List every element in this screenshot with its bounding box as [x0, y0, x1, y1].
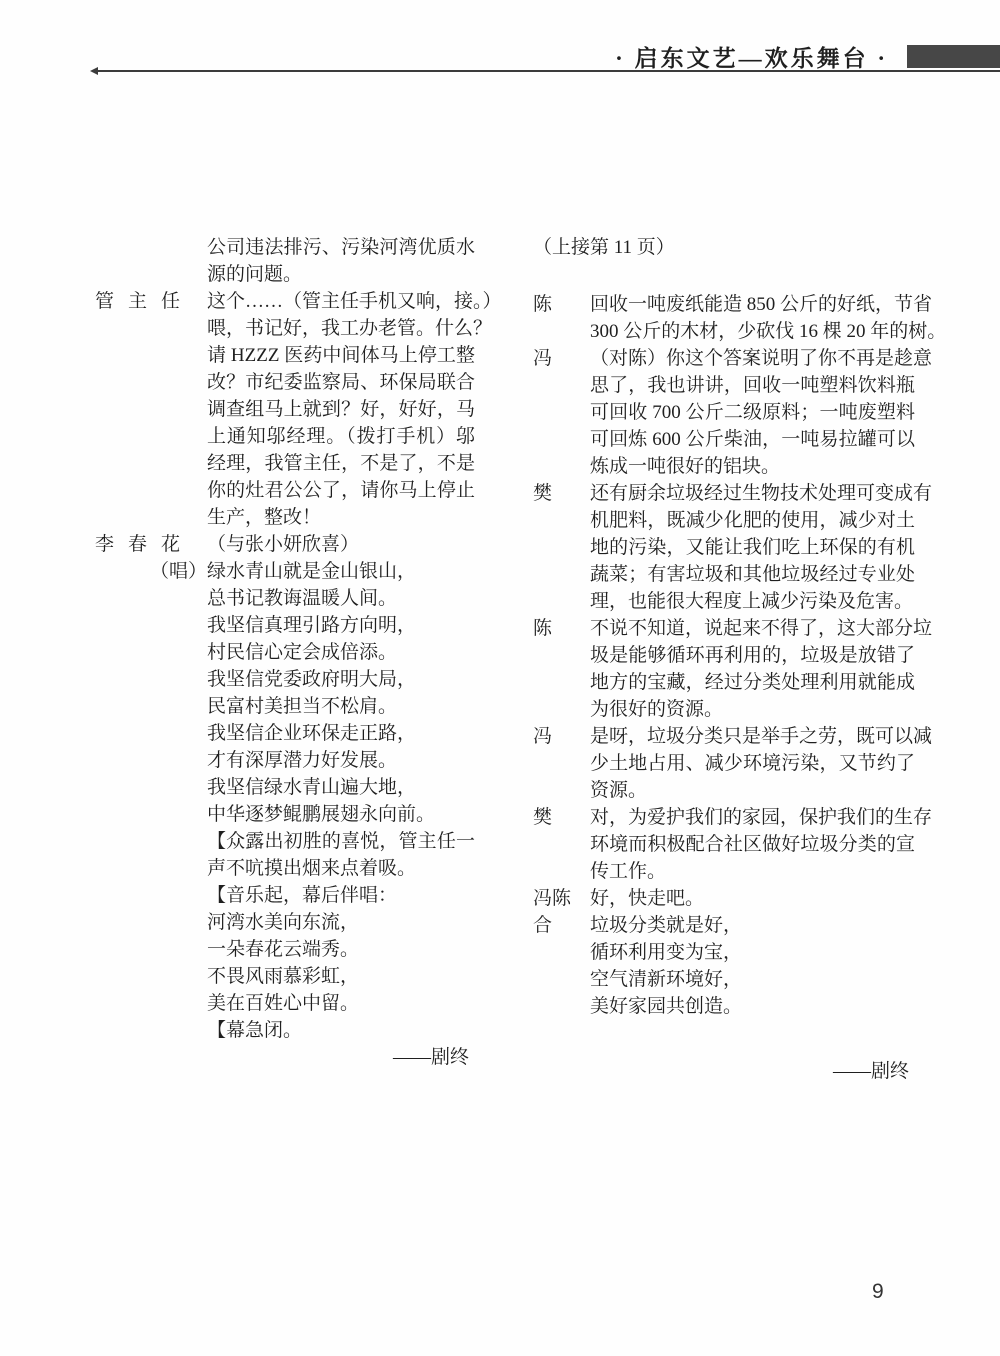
speaker-label — [533, 777, 590, 804]
script-line: 我坚信真理引路方向明， — [95, 612, 475, 639]
dialogue-text: 【幕急闭。 — [207, 1017, 475, 1044]
speaker-label — [95, 747, 207, 774]
speaker-label — [533, 453, 590, 480]
speaker-label — [95, 963, 207, 990]
dialogue-text: 可回收 700 公斤二级原料；一吨废塑料 — [590, 399, 915, 426]
dialogue-text: 还有厨余垃圾经过生物技术处理可变成有 — [590, 480, 915, 507]
speaker-label — [533, 372, 590, 399]
script-line: 【幕急闭。 — [95, 1017, 475, 1044]
speaker-label — [95, 693, 207, 720]
speaker-label — [533, 561, 590, 588]
speaker-label — [95, 234, 207, 261]
script-line: 陈不说不知道，说起来不得了，这大部分垃 — [533, 615, 915, 642]
speaker-label — [95, 585, 207, 612]
script-line: 才有深厚潜力好发展。 — [95, 747, 475, 774]
script-line: 合垃圾分类就是好， — [533, 912, 915, 939]
script-line: 机肥料，既减少化肥的使用，减少对土 — [533, 507, 915, 534]
dialogue-text: 传工作。 — [590, 858, 915, 885]
dialogue-text: 美好家园共创造。 — [590, 993, 915, 1020]
speaker-label — [95, 936, 207, 963]
speaker-label — [95, 450, 207, 477]
dialogue-text: 是呀，垃圾分类只是举手之劳，既可以减 — [590, 723, 915, 750]
script-line: 地方的宝藏，经过分类处理利用就能成 — [533, 669, 915, 696]
dialogue-text: 可回炼 600 公斤柴油，一吨易拉罐可以 — [590, 426, 915, 453]
dialogue-text: 对，为爱护我们的家园，保护我们的生存 — [590, 804, 915, 831]
dialogue-text: 声不吭摸出烟来点着吸。 — [207, 855, 475, 882]
script-line: 冯（对陈）你这个答案说明了你不再是趁意 — [533, 345, 915, 372]
dialogue-text: 【众露出初胜的喜悦，管主任一 — [207, 828, 475, 855]
script-line: 一朵春花云端秀。 — [95, 936, 475, 963]
script-line: 地的污染，又能让我们吃上环保的有机 — [533, 534, 915, 561]
speaker-label — [533, 939, 590, 966]
dialogue-text: 好，快走吧。 — [590, 885, 915, 912]
speaker-label: 冯 — [533, 345, 590, 372]
speaker-label — [95, 855, 207, 882]
script-line: 为很好的资源。 — [533, 696, 915, 723]
dialogue-text: 思了，我也讲讲，回收一吨塑料饮料瓶 — [590, 372, 915, 399]
speaker-label — [95, 477, 207, 504]
speaker-label — [533, 1058, 590, 1085]
magazine-section-title: · 启东文艺—欢乐舞台 · — [615, 40, 888, 73]
script-line: 美好家园共创造。 — [533, 993, 915, 1020]
speaker-label — [95, 396, 207, 423]
script-line: 喂，书记好，我工办老管。什么？ — [95, 315, 475, 342]
magazine-page: · 启东文艺—欢乐舞台 · 公司违法排污、污染河湾优质水源的问题。管主任这个……… — [0, 0, 1000, 1356]
script-line: 中华逐梦鲲鹏展翅永向前。 — [95, 801, 475, 828]
script-line: 源的问题。 — [95, 261, 475, 288]
speaker-label — [95, 315, 207, 342]
speaker-label: 冯 — [533, 723, 590, 750]
script-line: 资源。 — [533, 777, 915, 804]
speaker-label — [533, 831, 590, 858]
dialogue-text: 循环利用变为宝， — [590, 939, 915, 966]
script-line: 改？市纪委监察局、环保局联合 — [95, 369, 475, 396]
speaker-label — [533, 966, 590, 993]
header-corner-box — [907, 45, 1000, 68]
right-text-column: （上接第 11 页）陈回收一吨废纸能造 850 公斤的好纸，节省300 公斤的木… — [533, 234, 915, 1085]
script-line: 可回收 700 公斤二级原料；一吨废塑料 — [533, 399, 915, 426]
dialogue-text: （对陈）你这个答案说明了你不再是趁意 — [590, 345, 915, 372]
dialogue-text: 你的灶君公公了，请你马上停止 — [207, 477, 475, 504]
script-line: 冯陈好，快走吧。 — [533, 885, 915, 912]
dialogue-text: 源的问题。 — [207, 261, 475, 288]
script-line: 冯是呀，垃圾分类只是举手之劳，既可以减 — [533, 723, 915, 750]
dialogue-text: 回收一吨废纸能造 850 公斤的好纸，节省 — [590, 291, 915, 318]
script-line: 蔬菜；有害垃圾和其他垃圾经过专业处 — [533, 561, 915, 588]
speaker-label — [533, 669, 590, 696]
script-line: （唱）绿水青山就是金山银山， — [95, 558, 475, 585]
speaker-label — [95, 342, 207, 369]
dialogue-text: 生产，整改！ — [207, 504, 475, 531]
script-line: 炼成一吨很好的铝块。 — [533, 453, 915, 480]
script-line: 我坚信绿水青山遍大地， — [95, 774, 475, 801]
dialogue-text: 少土地占用、减少环境污染，又节约了 — [590, 750, 915, 777]
script-line: ——剧终 — [95, 1044, 475, 1071]
dialogue-text: 不畏风雨慕彩虹， — [207, 963, 475, 990]
dialogue-text: 绿水青山就是金山银山， — [207, 558, 475, 585]
speaker-label — [95, 801, 207, 828]
dialogue-text: 空气清新环境好， — [590, 966, 915, 993]
speaker-label — [95, 261, 207, 288]
speaker-label: 合 — [533, 912, 590, 939]
dialogue-text: 总书记教诲温暖人间。 — [207, 585, 475, 612]
dialogue-text: 我坚信党委政府明大局， — [207, 666, 475, 693]
script-line: 循环利用变为宝， — [533, 939, 915, 966]
dialogue-text: 【音乐起，幕后伴唱： — [207, 882, 475, 909]
dialogue-text: 我坚信绿水青山遍大地， — [207, 774, 475, 801]
script-line: 樊还有厨余垃圾经过生物技术处理可变成有 — [533, 480, 915, 507]
speaker-label: 冯陈 — [533, 885, 590, 912]
dialogue-text: 环境而积极配合社区做好垃圾分类的宣 — [590, 831, 915, 858]
dialogue-text: 地的污染，又能让我们吃上环保的有机 — [590, 534, 915, 561]
script-line: 生产，整改！ — [95, 504, 475, 531]
speaker-label — [533, 534, 590, 561]
dialogue-text: 地方的宝藏，经过分类处理利用就能成 — [590, 669, 915, 696]
script-line: 我坚信企业环保走正路， — [95, 720, 475, 747]
script-line: 陈回收一吨废纸能造 850 公斤的好纸，节省 — [533, 291, 915, 318]
script-line: 我坚信党委政府明大局， — [95, 666, 475, 693]
dialogue-text: 上通知邬经理。（拨打手机）邬 — [207, 423, 475, 450]
speaker-label — [95, 1017, 207, 1044]
speaker-label — [95, 639, 207, 666]
dialogue-text: 一朵春花云端秀。 — [207, 936, 475, 963]
speaker-label — [95, 612, 207, 639]
script-line: 声不吭摸出烟来点着吸。 — [95, 855, 475, 882]
script-line: 请 HZZZ 医药中间体马上停工整 — [95, 342, 475, 369]
speaker-label — [95, 909, 207, 936]
speaker-label — [533, 588, 590, 615]
speaker-label: 樊 — [533, 804, 590, 831]
dialogue-text: 公司违法排污、污染河湾优质水 — [207, 234, 475, 261]
speaker-label — [95, 990, 207, 1017]
speaker-label — [533, 318, 590, 345]
speaker-label — [95, 828, 207, 855]
dialogue-text: ——剧终 — [590, 1058, 915, 1085]
speaker-label — [533, 507, 590, 534]
dialogue-text: 民富村美担当不松肩。 — [207, 693, 475, 720]
dialogue-text: 改？市纪委监察局、环保局联合 — [207, 369, 475, 396]
script-line: 不畏风雨慕彩虹， — [95, 963, 475, 990]
script-line: 民富村美担当不松肩。 — [95, 693, 475, 720]
script-line: 管主任这个……（管主任手机又响，接。） — [95, 288, 475, 315]
script-line: 美在百姓心中留。 — [95, 990, 475, 1017]
dialogue-text: （与张小妍欣喜） — [207, 531, 475, 558]
dialogue-text: 美在百姓心中留。 — [207, 990, 475, 1017]
dialogue-text: 蔬菜；有害垃圾和其他垃圾经过专业处 — [590, 561, 915, 588]
script-line: 环境而积极配合社区做好垃圾分类的宣 — [533, 831, 915, 858]
speaker-label: 陈 — [533, 615, 590, 642]
script-line: 【音乐起，幕后伴唱： — [95, 882, 475, 909]
script-line: 思了，我也讲讲，回收一吨塑料饮料瓶 — [533, 372, 915, 399]
page-number: 9 — [872, 1280, 884, 1304]
speaker-label — [533, 426, 590, 453]
script-line: 樊对，为爱护我们的家园，保护我们的生存 — [533, 804, 915, 831]
script-line: ——剧终 — [533, 1058, 915, 1085]
speaker-label — [533, 399, 590, 426]
script-line: 传工作。 — [533, 858, 915, 885]
speaker-label: 樊 — [533, 480, 590, 507]
script-line: 你的灶君公公了，请你马上停止 — [95, 477, 475, 504]
dialogue-text: 机肥料，既减少化肥的使用，减少对土 — [590, 507, 915, 534]
dialogue-text: 圾是能够循环再利用的，垃圾是放错了 — [590, 642, 915, 669]
script-line: 公司违法排污、污染河湾优质水 — [95, 234, 475, 261]
speaker-label — [95, 504, 207, 531]
speaker-label — [95, 423, 207, 450]
speaker-label — [95, 882, 207, 909]
script-line: 圾是能够循环再利用的，垃圾是放错了 — [533, 642, 915, 669]
script-line: 300 公斤的木材，少砍伐 16 棵 20 年的树。 — [533, 318, 915, 345]
script-line: 调查组马上就到？好，好好，马 — [95, 396, 475, 423]
dialogue-text: 理，也能很大程度上减少污染及危害。 — [590, 588, 915, 615]
dialogue-text: 我坚信真理引路方向明， — [207, 612, 475, 639]
speaker-label — [533, 642, 590, 669]
dialogue-text: 村民信心定会成倍添。 — [207, 639, 475, 666]
speaker-label — [533, 696, 590, 723]
script-line: 河湾水美向东流， — [95, 909, 475, 936]
script-line: 经理，我管主任，不是了，不是 — [95, 450, 475, 477]
dialogue-text: 300 公斤的木材，少砍伐 16 棵 20 年的树。 — [590, 318, 915, 345]
script-line: （上接第 11 页） — [533, 234, 915, 261]
speaker-label — [95, 1044, 207, 1071]
script-line: 上通知邬经理。（拨打手机）邬 — [95, 423, 475, 450]
speaker-label — [533, 750, 590, 777]
script-line: 理，也能很大程度上减少污染及危害。 — [533, 588, 915, 615]
speaker-label — [533, 858, 590, 885]
dialogue-text: 我坚信企业环保走正路， — [207, 720, 475, 747]
dialogue-text: （上接第 11 页） — [533, 234, 915, 261]
dialogue-text: ——剧终 — [207, 1044, 475, 1071]
speaker-label: 陈 — [533, 291, 590, 318]
dialogue-text: 请 HZZZ 医药中间体马上停工整 — [207, 342, 475, 369]
speaker-label: （唱） — [95, 558, 207, 585]
speaker-label — [533, 993, 590, 1020]
dialogue-text: 为很好的资源。 — [590, 696, 915, 723]
dialogue-text: 喂，书记好，我工办老管。什么？ — [207, 315, 475, 342]
speaker-label — [95, 720, 207, 747]
speaker-label: 管主任 — [95, 288, 207, 315]
script-line: 【众露出初胜的喜悦，管主任一 — [95, 828, 475, 855]
left-text-column: 公司违法排污、污染河湾优质水源的问题。管主任这个……（管主任手机又响，接。）喂，… — [95, 234, 475, 1071]
dialogue-text: 经理，我管主任，不是了，不是 — [207, 450, 475, 477]
dialogue-text: 这个……（管主任手机又响，接。） — [207, 288, 475, 315]
dialogue-text: 垃圾分类就是好， — [590, 912, 915, 939]
dialogue-text: 不说不知道，说起来不得了，这大部分垃 — [590, 615, 915, 642]
script-line: 村民信心定会成倍添。 — [95, 639, 475, 666]
script-line: 空气清新环境好， — [533, 966, 915, 993]
speaker-label: 李春花 — [95, 531, 207, 558]
speaker-label — [95, 774, 207, 801]
dialogue-text: 才有深厚潜力好发展。 — [207, 747, 475, 774]
speaker-label — [95, 666, 207, 693]
script-line: 可回炼 600 公斤柴油，一吨易拉罐可以 — [533, 426, 915, 453]
dialogue-text: 炼成一吨很好的铝块。 — [590, 453, 915, 480]
dialogue-text: 资源。 — [590, 777, 915, 804]
dialogue-text: 河湾水美向东流， — [207, 909, 475, 936]
dialogue-text: 中华逐梦鲲鹏展翅永向前。 — [207, 801, 475, 828]
script-line: 总书记教诲温暖人间。 — [95, 585, 475, 612]
script-line: 李春花（与张小妍欣喜） — [95, 531, 475, 558]
script-line: 少土地占用、减少环境污染，又节约了 — [533, 750, 915, 777]
dialogue-text: 调查组马上就到？好，好好，马 — [207, 396, 475, 423]
speaker-label — [95, 369, 207, 396]
